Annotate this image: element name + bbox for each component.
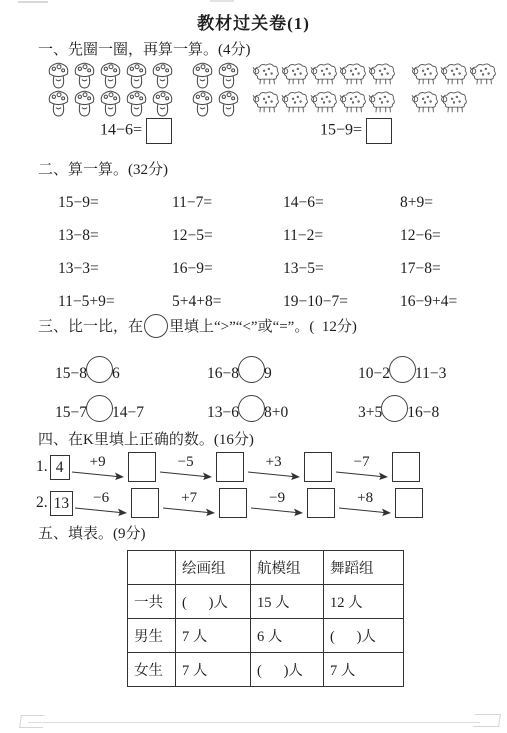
- mushroom-icon: [216, 60, 241, 90]
- table-header-cell: 舞蹈组: [324, 551, 404, 585]
- problem-expression: 11−7=: [172, 186, 283, 219]
- answer-box[interactable]: [216, 452, 244, 482]
- sheep-icon: [469, 62, 497, 86]
- operation-arrow: +3: [247, 455, 301, 480]
- sheep-icon: [281, 62, 309, 86]
- arrow-icon: [71, 469, 125, 480]
- comparison-item: 15−86: [55, 356, 207, 389]
- page-artifact: [28, 722, 480, 723]
- problem-expression: 13−8=: [58, 219, 172, 252]
- table-row-label: 男生: [128, 619, 176, 653]
- mushroom-icon: [98, 88, 123, 118]
- answer-box[interactable]: [366, 118, 392, 144]
- table-cell: 15 人: [251, 585, 324, 619]
- page-artifact: [18, 1, 48, 4]
- table-cell: 6 人: [251, 619, 324, 653]
- table-row-label: 女生: [128, 653, 176, 687]
- sheep-icon: [339, 90, 367, 114]
- problem-expression: 13−3=: [58, 252, 172, 285]
- operation-label: −6: [74, 491, 128, 505]
- answer-box[interactable]: [307, 488, 335, 518]
- section4-heading: 四、在K里填上正确的数。(16分): [38, 428, 254, 449]
- mushroom-icon: [72, 88, 97, 118]
- table-cell[interactable]: ( )人: [324, 619, 404, 653]
- table-cell: 7 人: [176, 619, 251, 653]
- icon-cluster: [190, 88, 242, 118]
- equation-item: 15−9=: [320, 118, 392, 144]
- table-header-cell: [128, 551, 176, 585]
- table-cell: 7 人: [176, 653, 251, 687]
- fill-table: 绘画组 航模组 舞蹈组 一共 ( )人 15 人 12 人 男生 7 人 6 人…: [127, 550, 404, 687]
- table-header-row: 绘画组 航模组 舞蹈组: [128, 551, 404, 585]
- chain-number: 1.: [36, 458, 48, 475]
- section3-heading: 三、比一比，在里填上“>”“<”或“=”。( 12分): [38, 314, 357, 338]
- equation-label: 15−9=: [320, 122, 362, 139]
- comparison-circle[interactable]: [238, 395, 265, 422]
- operation-arrow: +8: [338, 491, 392, 516]
- arithmetic-grid: 15−9= 11−7= 14−6= 8+9= 13−8= 12−5= 11−2=…: [58, 186, 457, 318]
- operation-arrow: +7: [162, 491, 216, 516]
- mushroom-icon: [72, 60, 97, 90]
- arrow-icon: [250, 505, 304, 516]
- answer-box[interactable]: [304, 452, 332, 482]
- operation-label: −9: [250, 491, 304, 505]
- mushroom-icon: [150, 60, 175, 90]
- problem-expression: 12−5=: [172, 219, 283, 252]
- table-row: 男生 7 人 6 人 ( )人: [128, 619, 404, 653]
- sheep-icon: [310, 62, 338, 86]
- arrow-icon: [74, 505, 128, 516]
- operation-arrow: −7: [335, 455, 389, 480]
- sheep-icon: [252, 62, 280, 86]
- problem-expression: 14−6=: [283, 186, 400, 219]
- icon-cluster: [46, 88, 176, 118]
- example-circle: [144, 314, 168, 338]
- answer-box[interactable]: [395, 488, 423, 518]
- arrow-icon: [338, 505, 392, 516]
- problem-expression: 17−8=: [400, 252, 457, 285]
- mushroom-icon: [46, 88, 71, 118]
- sheep-icon: [252, 90, 280, 114]
- operation-label: −7: [335, 455, 389, 469]
- icon-cluster: [46, 60, 176, 90]
- problem-expression: 15−9=: [58, 186, 172, 219]
- sheep-icon: [440, 90, 468, 114]
- operation-arrow: +9: [71, 455, 125, 480]
- problem-expression: 11−2=: [283, 219, 400, 252]
- icon-cluster: [411, 62, 498, 86]
- arrow-icon: [162, 505, 216, 516]
- operation-arrow: −9: [250, 491, 304, 516]
- table-row: 一共 ( )人 15 人 12 人: [128, 585, 404, 619]
- number-chain: 2.13−6+7−9+8: [36, 488, 425, 518]
- answer-box[interactable]: [146, 118, 172, 144]
- answer-box[interactable]: [131, 488, 159, 518]
- table-header-cell: 航模组: [251, 551, 324, 585]
- sheep-icon: [281, 90, 309, 114]
- section5-heading: 五、填表。(9分): [38, 522, 146, 543]
- page-artifact: [19, 715, 45, 728]
- comparison-item: 3+516−8: [358, 395, 446, 428]
- comparison-circle[interactable]: [389, 356, 416, 383]
- number-chain: 1.4+9−5+3−7: [36, 452, 422, 482]
- arrow-icon: [335, 469, 389, 480]
- icon-cluster: [252, 62, 397, 86]
- comparison-item: 10−211−3: [358, 356, 446, 389]
- arrow-icon: [247, 469, 301, 480]
- operation-label: +9: [71, 455, 125, 469]
- equation-label: 14−6=: [100, 122, 142, 139]
- equation-item: 14−6=: [100, 118, 172, 144]
- operation-label: +8: [338, 491, 392, 505]
- operation-label: +7: [162, 491, 216, 505]
- problem-expression: 8+9=: [400, 186, 457, 219]
- start-value-box: 13: [50, 491, 74, 516]
- mushroom-icon: [124, 60, 149, 90]
- sheep-icon: [310, 90, 338, 114]
- operation-label: −5: [159, 455, 213, 469]
- table-row-label: 一共: [128, 585, 176, 619]
- sheep-icon: [339, 62, 367, 86]
- page-artifact: [210, 0, 234, 2]
- mushroom-icon: [150, 88, 175, 118]
- comparison-item: 13−68+0: [207, 395, 358, 428]
- comparison-circle[interactable]: [86, 395, 113, 422]
- chain-number: 2.: [36, 494, 48, 511]
- answer-box[interactable]: [128, 452, 156, 482]
- sheep-icon: [368, 90, 396, 114]
- mushroom-icon: [216, 88, 241, 118]
- section2-heading: 二、算一算。(32分): [38, 158, 168, 179]
- problem-expression: 13−5=: [283, 252, 400, 285]
- icon-cluster: [411, 90, 469, 114]
- comparison-grid: 15−86 16−89 10−211−3 15−714−7 13−68+0 3+…: [55, 356, 446, 428]
- table-cell: 12 人: [324, 585, 404, 619]
- sheep-group: [252, 62, 498, 114]
- problem-expression: 16−9=: [172, 252, 283, 285]
- problem-expression: 12−6=: [400, 219, 457, 252]
- comparison-circle[interactable]: [238, 356, 265, 383]
- table-cell[interactable]: ( )人: [176, 585, 251, 619]
- mushroom-icon: [46, 60, 71, 90]
- section3-heading-prefix: 三、比一比，在: [38, 319, 143, 335]
- comparison-item: 16−89: [207, 356, 358, 389]
- table-cell: 7 人: [324, 653, 404, 687]
- mushroom-icon: [124, 88, 149, 118]
- problem-expression: 16−9+4=: [400, 285, 457, 318]
- sheep-icon: [440, 62, 468, 86]
- page-artifact: [473, 714, 501, 727]
- comparison-circle[interactable]: [381, 395, 408, 422]
- sheep-icon: [411, 90, 439, 114]
- worksheet-page: 教材过关卷(1) 一、先圈一圈，再算一算。(4分) 14−6= 15−9= 二、…: [0, 0, 507, 733]
- page-title: 教材过关卷(1): [0, 9, 507, 34]
- arrow-icon: [159, 469, 213, 480]
- table-header-cell: 绘画组: [176, 551, 251, 585]
- table-cell[interactable]: ( )人: [251, 653, 324, 687]
- operation-arrow: −6: [74, 491, 128, 516]
- icon-cluster: [190, 60, 242, 90]
- mushroom-group: [46, 60, 242, 118]
- mushroom-icon: [98, 60, 123, 90]
- answer-box[interactable]: [392, 452, 420, 482]
- section3-heading-suffix: 里填上“>”“<”或“=”。( 12分): [169, 319, 357, 335]
- mushroom-icon: [190, 60, 215, 90]
- section1-heading: 一、先圈一圈，再算一算。(4分): [38, 38, 251, 59]
- mushroom-icon: [190, 88, 215, 118]
- comparison-circle[interactable]: [86, 356, 113, 383]
- icon-cluster: [252, 90, 397, 114]
- table-row: 女生 7 人 ( )人 7 人: [128, 653, 404, 687]
- sheep-icon: [411, 62, 439, 86]
- operation-label: +3: [247, 455, 301, 469]
- answer-box[interactable]: [219, 488, 247, 518]
- sheep-icon: [368, 62, 396, 86]
- comparison-item: 15−714−7: [55, 395, 207, 428]
- start-value-box: 4: [50, 455, 70, 480]
- operation-arrow: −5: [159, 455, 213, 480]
